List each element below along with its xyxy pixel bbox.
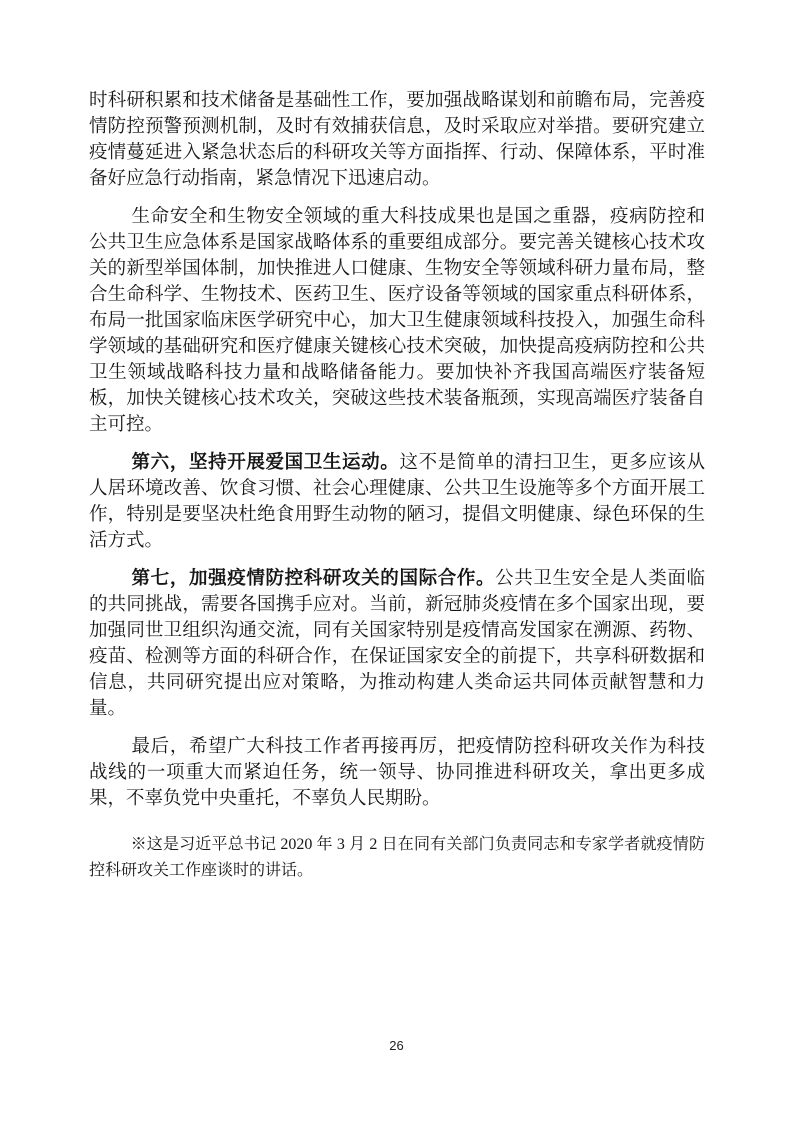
paragraph: 生命安全和生物安全领域的重大科技成果也是国之重器，疫病防控和公共卫生应急体系是国…: [89, 204, 705, 438]
paragraph-point-six: 第六，坚持开展爱国卫生运动。这不是简单的清扫卫生，更多应该从人居环境改善、饮食习…: [89, 450, 705, 554]
paragraph-point-seven: 第七，加强疫情防控科研攻关的国际合作。公共卫生安全是人类面临的共同挑战，需要各国…: [89, 566, 705, 722]
paragraph-bold-lead: 第六，坚持开展爱国卫生运动。: [132, 453, 400, 473]
footnote-text: ※这是习近平总书记 2020 年 3 月 2 日在同有关部门负责同志和专家学者就…: [89, 836, 705, 879]
paragraph-text: 最后，希望广大科技工作者再接再厉，把疫情防控科研攻关作为科技战线的一项重大而紧迫…: [89, 737, 705, 809]
paragraph-text: 时科研积累和技术储备是基础性工作，要加强战略谋划和前瞻布局，完善疫情防控预警预测…: [89, 91, 705, 189]
page-content: 时科研积累和技术储备是基础性工作，要加强战略谋划和前瞻布局，完善疫情防控预警预测…: [89, 88, 705, 884]
paragraph-bold-lead: 第七，加强疫情防控科研攻关的国际合作。: [132, 569, 496, 589]
paragraph-closing: 最后，希望广大科技工作者再接再厉，把疫情防控科研攻关作为科技战线的一项重大而紧迫…: [89, 734, 705, 812]
paragraph-text: 公共卫生安全是人类面临的共同挑战，需要各国携手应对。当前，新冠肺炎疫情在多个国家…: [89, 569, 705, 719]
page-number: 26: [0, 1038, 793, 1053]
document-page: 时科研积累和技术储备是基础性工作，要加强战略谋划和前瞻布局，完善疫情防控预警预测…: [0, 0, 793, 1122]
paragraph-text: 生命安全和生物安全领域的重大科技成果也是国之重器，疫病防控和公共卫生应急体系是国…: [89, 207, 705, 435]
paragraph-continuation: 时科研积累和技术储备是基础性工作，要加强战略谋划和前瞻布局，完善疫情防控预警预测…: [89, 88, 705, 192]
footnote: ※这是习近平总书记 2020 年 3 月 2 日在同有关部门负责同志和专家学者就…: [89, 832, 705, 884]
